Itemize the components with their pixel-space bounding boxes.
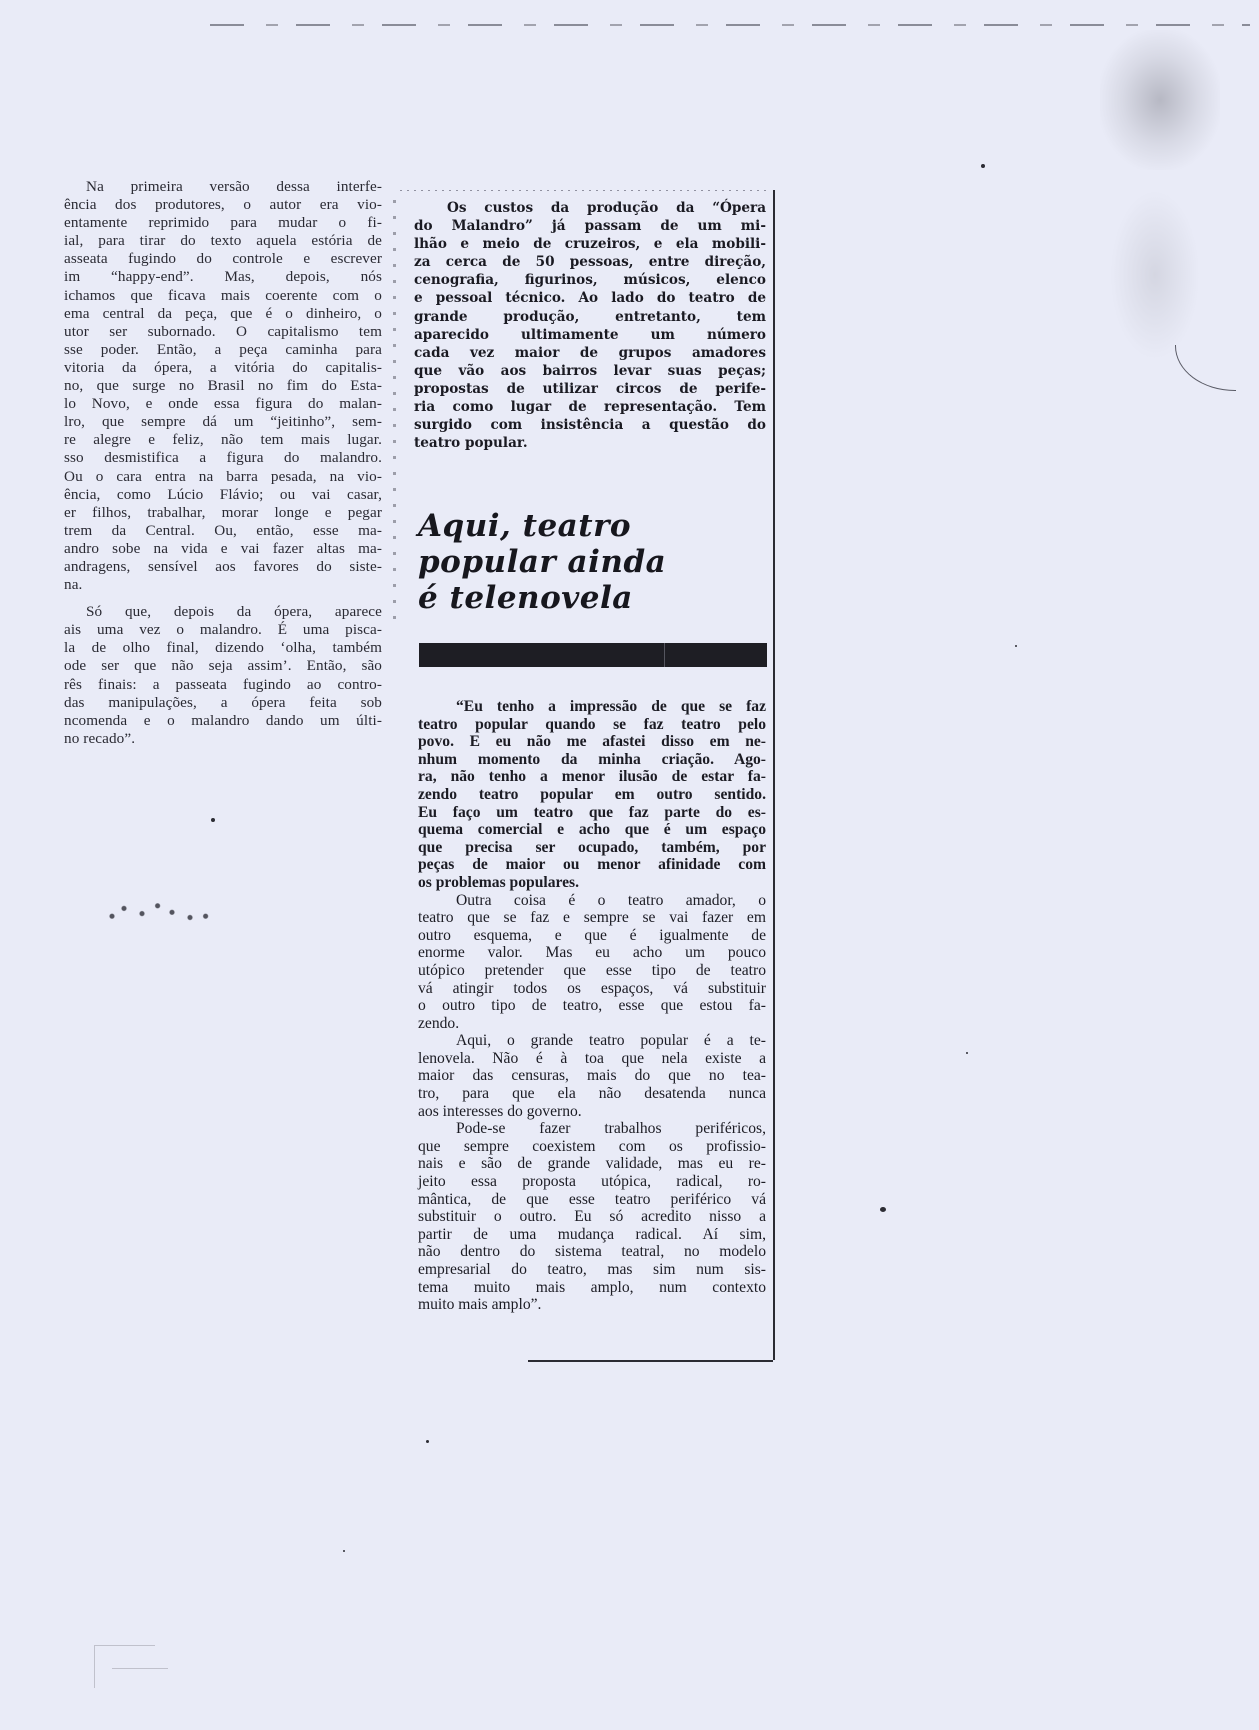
quote-line: zendo teatro popular em outro sentido. — [418, 786, 766, 804]
intro-line: lhão e meio de cruzeiros, e ela mobili- — [414, 235, 766, 253]
quote-line: empresarial do teatro, mas sim num sis- — [418, 1261, 766, 1279]
scan-top-rule — [210, 24, 1250, 26]
article-quote-body: “Eu tenho a impressão de que se faz teat… — [418, 698, 766, 1314]
intro-line: surgido com insistência a questão do — [414, 416, 766, 434]
text-line: sso desmistifica a figura do malandro. — [64, 449, 382, 467]
text-line: ais uma vez o malandro. É uma pisca- — [64, 621, 382, 639]
text-line: im “happy-end”. Mas, depois, nós — [64, 268, 382, 286]
scan-speck — [343, 1550, 345, 1552]
quote-line: Pode-se fazer trabalhos periféricos, — [418, 1120, 766, 1138]
quote-line: Outra coisa é o teatro amador, o — [418, 892, 766, 910]
quote-line: enorme valor. Mas eu acho um pouco — [418, 944, 766, 962]
text-line: re alegre e feliz, não tem mais lugar. — [64, 431, 382, 449]
pencil-mark-artifact — [94, 1645, 155, 1688]
scan-speck — [1015, 645, 1017, 647]
text-line: ial, para tirar do texto aquela estória … — [64, 232, 382, 250]
intro-line: e pessoal técnico. Ao lado do teatro de — [414, 289, 766, 307]
quote-line: tema muito mais amplo, num contexto — [418, 1279, 766, 1297]
quote-line: não dentro do sistema teatral, no modelo — [418, 1243, 766, 1261]
quote-line: os problemas populares. — [418, 874, 766, 892]
scan-speck — [426, 1440, 429, 1443]
text-line: asseata fugindo do controle e escrever — [64, 250, 382, 268]
text-line: utor ser subornado. O capitalismo tem — [64, 323, 382, 341]
quote-line: teatro que se faz e sempre se vai fazer … — [418, 909, 766, 927]
text-line: er filhos, trabalhar, morar longe e pega… — [64, 504, 382, 522]
headline-line: é telenovela — [418, 580, 758, 616]
quote-line: substituir o outro. Eu só acredito nisso… — [418, 1208, 766, 1226]
quote-line: o outro tipo de teatro, esse que estou f… — [418, 997, 766, 1015]
text-line: Só que, depois da ópera, aparece — [64, 603, 382, 621]
text-line: lo Novo, e onde essa figura do malan- — [64, 395, 382, 413]
quote-paragraph-2: Outra coisa é o teatro amador, o teatro … — [418, 892, 766, 1033]
quote-line: nhum momento da minha criação. Ago- — [418, 751, 766, 769]
quote-paragraph-3: Aqui, o grande teatro popular é a te- le… — [418, 1032, 766, 1120]
quote-line: “Eu tenho a impressão de que se faz — [418, 698, 766, 716]
text-line: Na primeira versão dessa interfe- — [64, 178, 382, 196]
text-line: entamente reprimido para mudar o fi- — [64, 214, 382, 232]
text-line: vitoria da ópera, a vitória do capitalis… — [64, 359, 382, 377]
intro-line: aparecido ultimamente um número — [414, 326, 766, 344]
headline-black-bar — [419, 643, 767, 667]
left-paragraph-1: Na primeira versão dessa interfe- ência … — [64, 178, 382, 594]
box-bottom-border — [528, 1360, 773, 1362]
text-line: na. — [64, 576, 382, 594]
quote-line: Aqui, o grande teatro popular é a te- — [418, 1032, 766, 1050]
left-column-text: Na primeira versão dessa interfe- ência … — [64, 178, 382, 748]
headline-line: popular ainda — [418, 544, 758, 580]
text-line: ncomenda e o malandro dando um últi- — [64, 712, 382, 730]
scan-scribble-artifact — [100, 898, 220, 924]
text-line: andro sobe na vida e vai fazer altas ma- — [64, 540, 382, 558]
quote-line: ra, não tenho a menor ilusão de estar fa… — [418, 768, 766, 786]
scan-speck — [981, 164, 985, 168]
scan-smudge-lower — [1110, 190, 1200, 360]
text-line: ência, como Lúcio Flávio; ou vai casar, — [64, 486, 382, 504]
quote-paragraph-4: Pode-se fazer trabalhos periféricos, que… — [418, 1120, 766, 1314]
quote-line: povo. E eu não me afastei disso em ne- — [418, 733, 766, 751]
text-line: andragens, sensível aos favores do siste… — [64, 558, 382, 576]
quote-line: partir de uma mudança radical. Aí sim, — [418, 1226, 766, 1244]
scan-speck — [880, 1207, 886, 1212]
quote-line: que precisa ser ocupado, também, por — [418, 839, 766, 857]
quote-paragraph-1: “Eu tenho a impressão de que se faz teat… — [418, 698, 766, 892]
text-line: no recado”. — [64, 730, 382, 748]
quote-line: vá atingir todos os espaços, vá substitu… — [418, 980, 766, 998]
intro-line: grande produção, entretanto, tem — [414, 308, 766, 326]
intro-line: cenografia, figurinos, músicos, elenco — [414, 271, 766, 289]
quote-line: utópico pretender que esse tipo de teatr… — [418, 962, 766, 980]
intro-line: que vão aos bairros levar suas peças; — [414, 362, 766, 380]
text-line: la de olho final, dizendo ‘olha, também — [64, 639, 382, 657]
text-line: rês finais: a passeata fugindo ao contro… — [64, 676, 382, 694]
quote-line: nais e são de grande validade, mas eu re… — [418, 1155, 766, 1173]
text-line: trem da Central. Ou, então, esse ma- — [64, 522, 382, 540]
scan-arc-mark — [1175, 345, 1236, 391]
quote-line: tro, para que ela não desatenda nunca — [418, 1085, 766, 1103]
quote-line: teatro popular quando se faz teatro pelo — [418, 716, 766, 734]
quote-line: que sempre coexistem com os profissio- — [418, 1138, 766, 1156]
text-line: ência dos produtores, o autor era vio- — [64, 196, 382, 214]
text-line: das manipulações, a ópera feita sob — [64, 694, 382, 712]
text-line: Ou o cara entra na barra pesada, na vio- — [64, 468, 382, 486]
quote-line: mântica, de que esse teatro periférico v… — [418, 1191, 766, 1209]
quote-line: outro esquema, e que é igualmente de — [418, 927, 766, 945]
left-paragraph-2: Só que, depois da ópera, aparece ais uma… — [64, 603, 382, 748]
quote-line: maior das censuras, mais do que no tea- — [418, 1067, 766, 1085]
box-top-border — [400, 190, 770, 191]
intro-line: do Malandro” já passam de um mi- — [414, 217, 766, 235]
quote-line: quema comercial e acho que é um espaço — [418, 821, 766, 839]
article-intro: Os custos da produção da “Ópera do Malan… — [414, 199, 766, 452]
column-gutter-marks — [393, 200, 396, 620]
text-line: ema central da peça, que é o dinheiro, o — [64, 305, 382, 323]
intro-line: propostas de utilizar circos de perife- — [414, 380, 766, 398]
quote-line: muito mais amplo”. — [418, 1296, 766, 1314]
intro-line: cada vez maior de grupos amadores — [414, 344, 766, 362]
quote-line: zendo. — [418, 1015, 766, 1033]
text-line: ode ser que não seja assim’. Então, são — [64, 657, 382, 675]
quote-line: lenovela. Não é à toa que nela existe a — [418, 1050, 766, 1068]
intro-line: ria como lugar de representação. Tem — [414, 398, 766, 416]
quote-line: aos interesses do governo. — [418, 1103, 766, 1121]
scan-smudge — [1100, 30, 1220, 170]
text-line: sse poder. Então, a peça caminha para — [64, 341, 382, 359]
box-right-border — [773, 190, 775, 1360]
quote-line: peças de maior ou menor afinidade com — [418, 856, 766, 874]
quote-line: jeito essa proposta utópica, radical, ro… — [418, 1173, 766, 1191]
scan-speck — [211, 818, 215, 822]
scan-speck — [966, 1052, 968, 1054]
text-line: lro, que sempre dá um “jeitinho”, sem- — [64, 413, 382, 431]
intro-line: za cerca de 50 pessoas, entre direção, — [414, 253, 766, 271]
text-line: no, que surge no Brasil no fim do Esta- — [64, 377, 382, 395]
intro-line: Os custos da produção da “Ópera — [414, 199, 766, 217]
text-line: ichamos que ficava mais coerente com o — [64, 287, 382, 305]
quote-line: Eu faço um teatro que faz parte do es- — [418, 804, 766, 822]
headline-line: Aqui, teatro — [418, 508, 758, 544]
intro-line: teatro popular. — [414, 434, 766, 452]
article-headline: Aqui, teatro popular ainda é telenovela — [418, 508, 758, 616]
